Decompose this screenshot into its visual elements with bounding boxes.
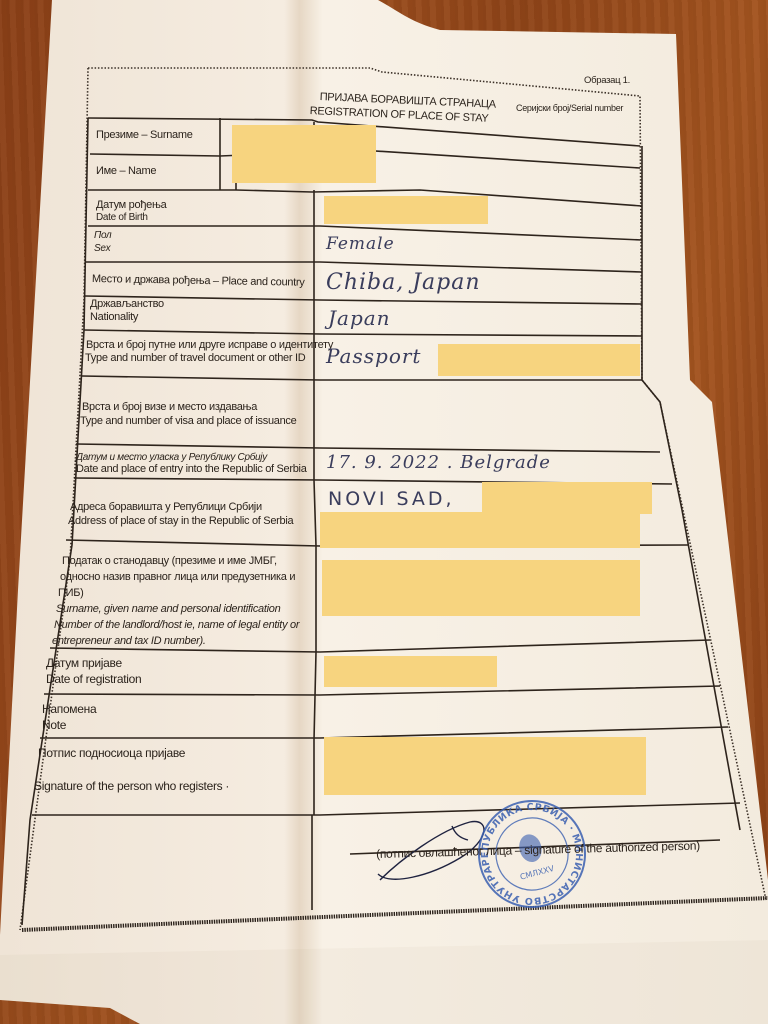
label-visa-en: Type and number of visa and place of iss… (80, 414, 296, 429)
redaction-date-of-birth (324, 196, 488, 224)
label-reg-date-sr: Датум пријаве (46, 656, 122, 671)
label-landlord-sr-2: односно назив правног лица или предузетн… (60, 570, 295, 585)
redaction-travel-document-number (438, 344, 640, 376)
label-travel-doc-en: Type and number of travel document or ot… (85, 351, 305, 366)
label-visa-sr: Врста и број визе и место издавања (82, 400, 257, 415)
label-address-en: Address of place of stay in the Republic… (68, 514, 293, 529)
value-nationality: Japan (328, 306, 391, 330)
redaction-landlord (322, 560, 640, 616)
label-name: Име – Name (96, 164, 156, 179)
value-place-of-birth: Chiba, Japan (326, 270, 481, 295)
redaction-registration-date (324, 656, 497, 687)
label-dob-en: Date of Birth (96, 210, 148, 225)
value-address: NOVI SAD, (328, 488, 455, 510)
serial-number-label: Серијски број/Serial number (516, 103, 623, 113)
redaction-signature (324, 737, 646, 795)
label-note-en: Note (42, 718, 66, 733)
label-entry-en: Date and place of entry into the Republi… (76, 462, 307, 477)
form-number: Образац 1. (584, 75, 630, 86)
registration-form-sheet: Образац 1. ПРИЈАВА БОРАВИШТА СТРАНАЦА RE… (0, 0, 768, 1024)
value-entry: 17. 9. 2022 . Belgrade (326, 452, 551, 473)
label-nationality-en: Nationality (90, 310, 138, 325)
label-sex-en: Sex (94, 241, 110, 256)
label-landlord-sr-3: ПИБ) (58, 586, 84, 601)
label-address-sr: Адреса боравишта у Републици Србији (70, 500, 262, 515)
redaction-address-line-1 (482, 482, 652, 514)
label-landlord-en-3: entrepreneur and tax ID number). (52, 634, 206, 649)
label-surname: Презиме – Surname (96, 128, 193, 143)
label-landlord-en-1: Surname, given name and personal identif… (56, 602, 280, 617)
value-sex: Female (326, 234, 395, 254)
label-reg-date-en: Date of registration (46, 672, 141, 687)
stamp-center-text: СМЛXXV (519, 864, 556, 882)
label-landlord-sr-1: Податак о станодавцу (презиме и име ЈМБГ… (62, 554, 277, 569)
redaction-address-line-2 (320, 512, 640, 548)
redaction-surname-name (232, 125, 376, 183)
label-signature-en: Signature of the person who registers · (34, 779, 229, 794)
label-signature-sr: Потпис подносиоца пријаве (38, 746, 185, 761)
value-travel-document: Passport (326, 344, 421, 368)
label-landlord-en-2: Number of the landlord/host ie, name of … (54, 618, 299, 633)
label-note-sr: Напомена (42, 702, 96, 717)
